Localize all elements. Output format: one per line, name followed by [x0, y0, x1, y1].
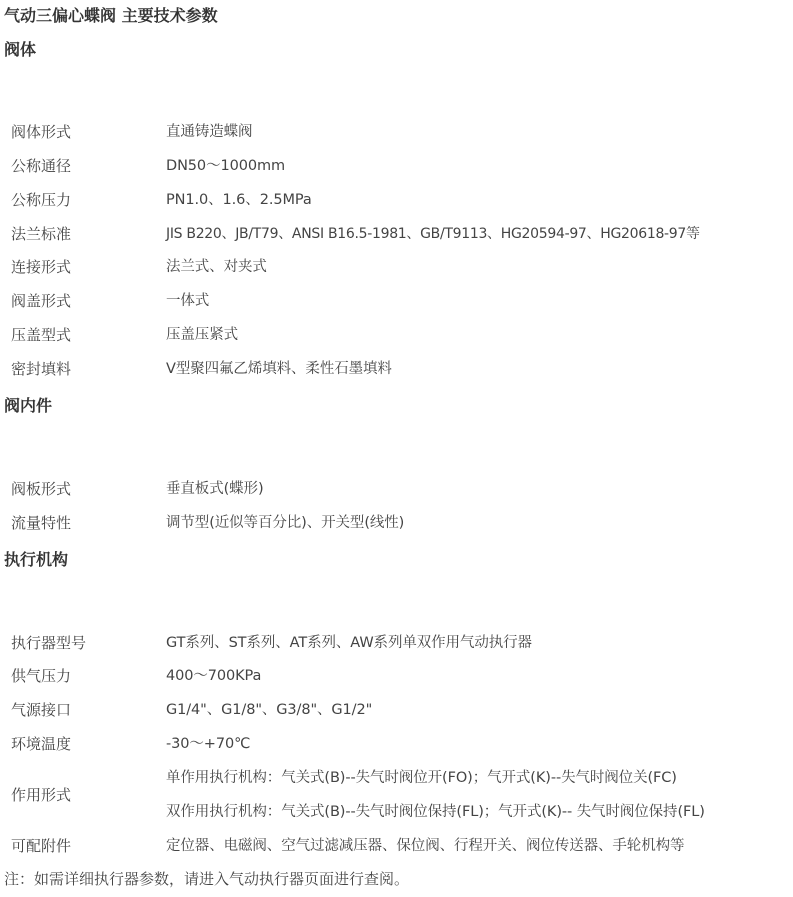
spec-row: 阀板形式 垂直板式(蝶形)	[0, 472, 793, 506]
spec-value: 法兰式、对夹式	[166, 250, 267, 284]
spec-value: 定位器、电磁阀、空气过滤减压器、保位阀、行程开关、阀位传送器、手轮机构等	[166, 829, 684, 863]
spec-label: 公称通径	[11, 149, 71, 183]
spec-label: 流量特性	[11, 506, 71, 540]
spec-value: 400～700KPa	[166, 659, 261, 693]
spec-row: 气源接口 G1/4"、G1/8"、G3/8"、G1/2"	[0, 693, 793, 727]
spec-label: 公称压力	[11, 183, 71, 217]
spec-row: 流量特性 调节型(近似等百分比)、开关型(线性)	[0, 506, 793, 540]
section-heading-valve-internals: 阀内件	[4, 393, 52, 416]
spec-row: 压盖型式 压盖压紧式	[0, 318, 793, 352]
spec-row: 公称压力 PN1.0、1.6、2.5MPa	[0, 183, 793, 217]
spec-row: 阀体形式 直通铸造蝶阀	[0, 115, 793, 149]
spec-value: 直通铸造蝶阀	[166, 115, 252, 149]
spec-label: 阀盖形式	[11, 284, 71, 318]
footnote: 注：如需详细执行器参数，请进入气动执行器页面进行查阅。	[4, 868, 409, 889]
spec-label: 作用形式	[11, 761, 71, 829]
spec-row-double: 作用形式 单作用执行机构：气关式(B)--失气时阀位开(FO)；气开式(K)--…	[0, 761, 793, 829]
spec-value: DN50～1000mm	[166, 149, 285, 183]
spec-value: PN1.0、1.6、2.5MPa	[166, 183, 312, 217]
page-title: 气动三偏心蝶阀 主要技术参数	[4, 3, 218, 26]
spec-label: 阀体形式	[11, 115, 71, 149]
spec-value: V型聚四氟乙烯填料、柔性石墨填料	[166, 352, 392, 386]
spec-label: 执行器型号	[11, 626, 86, 660]
spec-value: 调节型(近似等百分比)、开关型(线性)	[166, 506, 404, 540]
spec-value-line-1: 单作用执行机构：气关式(B)--失气时阀位开(FO)；气开式(K)--失气时阀位…	[166, 761, 677, 795]
spec-row: 公称通径 DN50～1000mm	[0, 149, 793, 183]
spec-row: 法兰标准 JIS B220、JB/T79、ANSI B16.5-1981、GB/…	[0, 217, 793, 251]
spec-value: 压盖压紧式	[166, 318, 238, 352]
spec-value-line-2: 双作用执行机构：气关式(B)--失气时阀位保持(FL)；气开式(K)-- 失气时…	[166, 795, 705, 829]
section-heading-valve-body: 阀体	[4, 37, 36, 60]
spec-row: 连接形式 法兰式、对夹式	[0, 250, 793, 284]
spec-label: 可配附件	[11, 829, 71, 863]
spec-label: 密封填料	[11, 352, 71, 386]
spec-value: G1/4"、G1/8"、G3/8"、G1/2"	[166, 693, 372, 727]
spec-row: 密封填料 V型聚四氟乙烯填料、柔性石墨填料	[0, 352, 793, 386]
spec-label: 环境温度	[11, 727, 71, 761]
spec-row: 阀盖形式 一体式	[0, 284, 793, 318]
spec-value: JIS B220、JB/T79、ANSI B16.5-1981、GB/T9113…	[166, 217, 700, 251]
spec-row: 可配附件 定位器、电磁阀、空气过滤减压器、保位阀、行程开关、阀位传送器、手轮机构…	[0, 829, 793, 863]
spec-label: 压盖型式	[11, 318, 71, 352]
spec-value: 一体式	[166, 284, 209, 318]
section-heading-actuator: 执行机构	[4, 547, 68, 570]
spec-row: 环境温度 -30～+70℃	[0, 727, 793, 761]
spec-label: 法兰标准	[11, 217, 71, 251]
spec-value: 垂直板式(蝶形)	[166, 472, 264, 506]
spec-value: GT系列、ST系列、AT系列、AW系列单双作用气动执行器	[166, 626, 532, 660]
spec-row: 供气压力 400～700KPa	[0, 659, 793, 693]
spec-value: -30～+70℃	[166, 727, 250, 761]
spec-row: 执行器型号 GT系列、ST系列、AT系列、AW系列单双作用气动执行器	[0, 626, 793, 660]
spec-label: 连接形式	[11, 250, 71, 284]
spec-label: 供气压力	[11, 659, 71, 693]
spec-label: 气源接口	[11, 693, 71, 727]
spec-label: 阀板形式	[11, 472, 71, 506]
